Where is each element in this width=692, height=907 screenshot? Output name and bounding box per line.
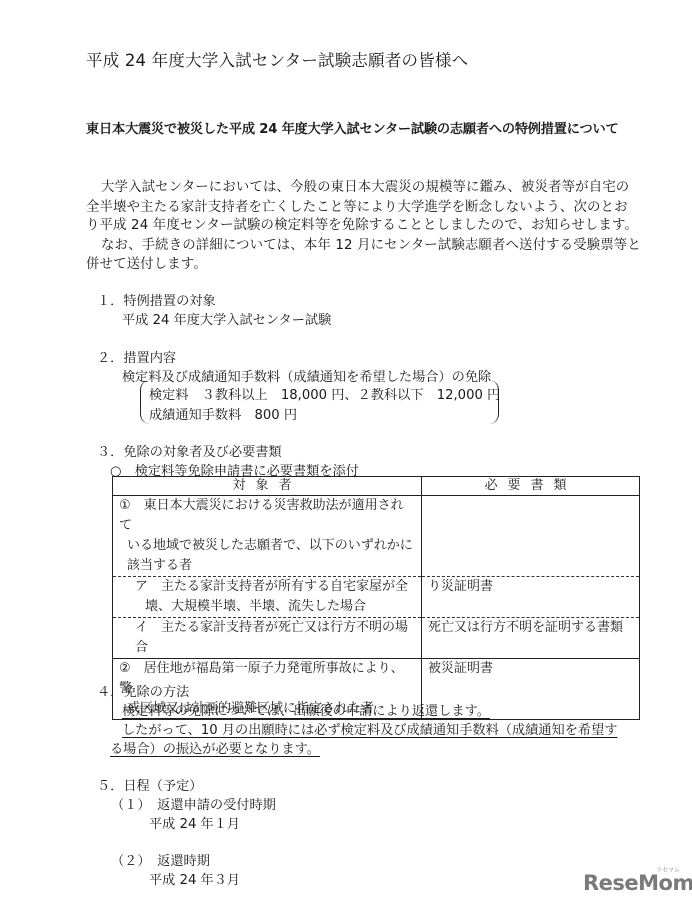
header-documents: 必要書類	[422, 477, 640, 496]
document-cell: り災証明書	[422, 577, 640, 618]
document-cell: 死亡又は行方不明を証明する書類	[422, 618, 640, 659]
table-row: ① 東日本大震災における災害救助法が適用されて いる地域で被災した志願者で、以下…	[113, 496, 640, 577]
intro-line: り平成 24 年度センター試験の検定料等を免除することとしましたので、お知らせし…	[86, 214, 638, 233]
resemom-logo: ReseMom	[583, 871, 692, 895]
method-line: 検定料等の免除については、出願後の申請により返還します。	[122, 700, 490, 719]
target-cell: イ 主たる家計支持者が死亡又は行方不明の場合	[113, 618, 422, 659]
method-line: る場合）の振込が必要となります。	[110, 738, 320, 757]
target-cell: ① 東日本大震災における災害救助法が適用されて いる地域で被災した志願者で、以下…	[113, 496, 422, 577]
intro-line: 大学入試センターにおいては、今般の東日本大震災の規模等に鑑み、被災者等が自宅の	[101, 176, 629, 195]
section-heading: ５．日程（予定）	[97, 775, 203, 794]
cell-line: ① 東日本大震災における災害救助法が適用されて	[119, 496, 415, 536]
fee-line: 検定料 ３教科以上 18,000 円、２教科以下 12,000 円	[149, 384, 500, 403]
table-row: イ 主たる家計支持者が死亡又は行方不明の場合 死亡又は行方不明を証明する書類	[113, 618, 640, 659]
intro-line: 併せて送付します。	[86, 253, 207, 272]
document-cell	[422, 496, 640, 577]
cell-line: イ 主たる家計支持者が死亡又は行方不明の場合	[119, 618, 415, 658]
cell-line: いる地域で被災した志願者で、以下のいずれかに	[119, 536, 415, 556]
table-row: ア 主たる家計支持者が所有する自宅家屋が全 壊、大規模半壊、半壊、流失した場合 …	[113, 577, 640, 618]
schedule-value: 平成 24 年１月	[149, 813, 240, 832]
schedule-label: （２） 返還時期	[111, 850, 210, 869]
cell-line: 該当する者	[119, 556, 415, 576]
cell-line: 壊、大規模半壊、半壊、流失した場合	[119, 597, 415, 617]
fee-line: 成績通知手数料 800 円	[149, 404, 297, 423]
schedule-value: 平成 24 年３月	[149, 869, 240, 888]
intro-line: 全半壊や主たる家計支持者を亡くしたこと等により大学進学を断念しないよう、次のとお	[86, 196, 628, 215]
header-target: 対象者	[113, 477, 422, 496]
intro-line: なお、手続きの詳細については、本年 12 月にセンター試験志願者へ送付する受験票…	[101, 234, 641, 253]
target-cell: ア 主たる家計支持者が所有する自宅家屋が全 壊、大規模半壊、半壊、流失した場合	[113, 577, 422, 618]
requirements-table: 対象者 必要書類 ① 東日本大震災における災害救助法が適用されて いる地域で被災…	[112, 476, 640, 720]
section-body: 平成 24 年度大学入試センター試験	[122, 309, 331, 328]
section-heading: １．特例措置の対象	[97, 290, 216, 309]
resemom-logo-kana: リセマム	[656, 865, 680, 874]
section-heading: ３．免除の対象者及び必要書類	[97, 441, 282, 460]
section-heading: ４．免除の方法	[97, 681, 189, 700]
schedule-label: （１） 返還申請の受付時期	[111, 794, 276, 813]
document-title: 平成 24 年度大学入試センター試験志願者の皆様へ	[86, 47, 468, 71]
table-header-row: 対象者 必要書類	[113, 477, 640, 496]
cell-line: ア 主たる家計支持者が所有する自宅家屋が全	[119, 577, 415, 597]
document-subtitle: 東日本大震災で被災した平成 24 年度大学入試センター試験の志願者への特例措置に…	[86, 118, 618, 137]
method-line: したがって、10 月の出願時には必ず検定料及び成績通知手数料（成績通知を希望す	[122, 719, 617, 738]
section-heading: ２．措置内容	[97, 347, 176, 366]
